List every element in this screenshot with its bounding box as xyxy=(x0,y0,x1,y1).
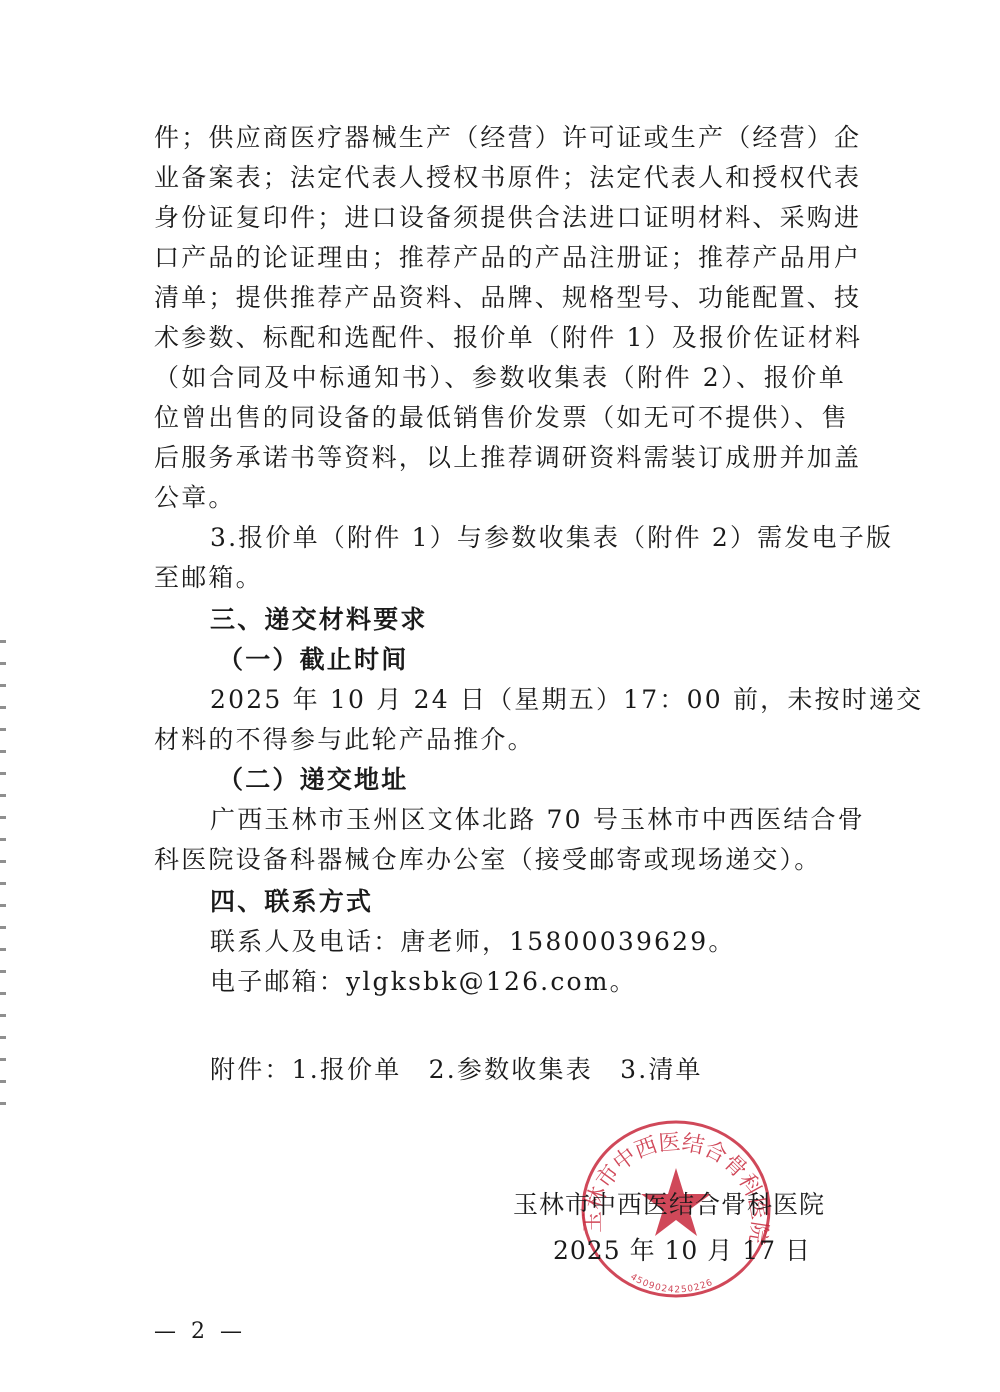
address-line1: 广西玉林市玉州区文体北路 70 号玉林市中西医结合骨 xyxy=(210,805,865,835)
signature-date: 2025 年 10 月 17 日 xyxy=(553,1236,811,1266)
attachments-line: 附件：1.报价单 2.参数收集表 3.清单 xyxy=(210,1055,703,1085)
body-line: 后服务承诺书等资料，以上推荐调研资料需装订成册并加盖 xyxy=(154,443,846,473)
page-number: — 2 — xyxy=(154,1318,246,1346)
address-heading: （二）递交地址 xyxy=(218,765,408,795)
binding-marks xyxy=(0,640,6,1110)
document-page: 件；供应商医疗器械生产（经营）许可证或生产（经营）企 业备案表；法定代表人授权书… xyxy=(0,0,1000,1392)
email-line: 电子邮箱：ylgksbk@126.com。 xyxy=(210,967,637,997)
deadline-heading: （一）截止时间 xyxy=(218,645,408,675)
body-line: 身份证复印件；进口设备须提供合法进口证明材料、采购进 xyxy=(154,203,846,233)
signature-organization: 玉林市中西医结合骨科医院 xyxy=(513,1190,825,1220)
address-line2: 科医院设备科器械仓库办公室（接受邮寄或现场递交）。 xyxy=(154,845,822,875)
body-line: 件；供应商医疗器械生产（经营）许可证或生产（经营）企 xyxy=(154,123,846,153)
body-line: 口产品的论证理由；推荐产品的产品注册证；推荐产品用户 xyxy=(154,243,846,273)
body-line: 术参数、标配和选配件、报价单（附件 1）及报价佐证材料 xyxy=(154,323,846,353)
contact-line: 联系人及电话：唐老师，15800039629。 xyxy=(210,927,736,957)
section3-heading: 三、递交材料要求 xyxy=(210,605,428,635)
section4-heading: 四、联系方式 xyxy=(210,887,373,917)
body-line: 清单；提供推荐产品资料、品牌、规格型号、功能配置、技 xyxy=(154,283,846,313)
deadline-line1: 2025 年 10 月 24 日（星期五）17：00 前，未按时递交 xyxy=(210,685,832,715)
deadline-line2: 材料的不得参与此轮产品推介。 xyxy=(154,725,535,755)
body-line: 位曾出售的同设备的最低销售价发票（如无可不提供）、售 xyxy=(154,403,846,433)
item3-line1: 3.报价单（附件 1）与参数收集表（附件 2）需发电子版 xyxy=(210,523,846,553)
item3-line2: 至邮箱。 xyxy=(154,563,263,593)
body-line: （如合同及中标通知书）、参数收集表（附件 2）、报价单 xyxy=(154,363,846,393)
body-line: 业备案表；法定代表人授权书原件；法定代表人和授权代表 xyxy=(154,163,846,193)
body-line: 公章。 xyxy=(154,483,236,513)
